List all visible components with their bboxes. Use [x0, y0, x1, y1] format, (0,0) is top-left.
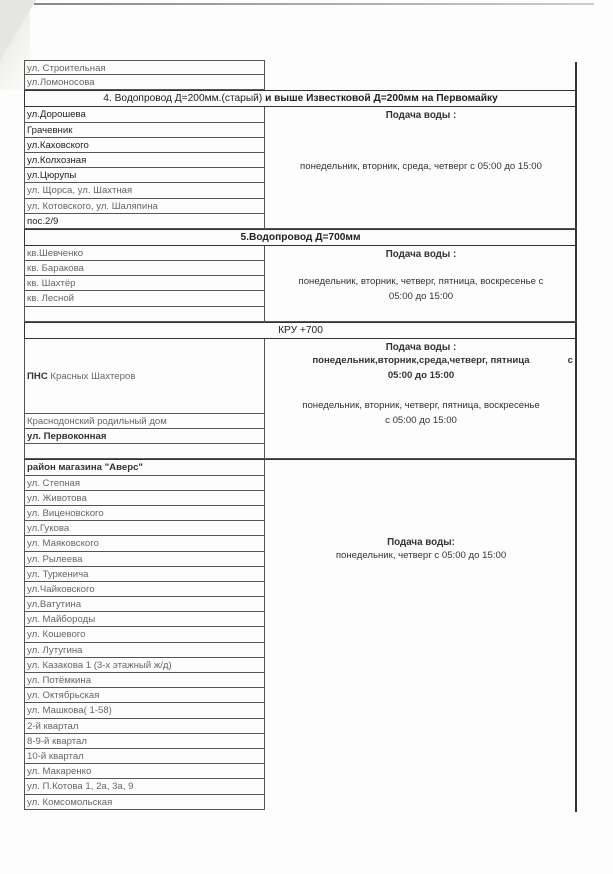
supply-schedule: понедельник, четверг с 05:00 до 15:00 [265, 548, 577, 563]
supply-label: Подача воды : [265, 342, 577, 353]
street-row: кв. Лесной [24, 291, 265, 306]
continued-block: ул. Строительная ул.Ломоносова [24, 60, 577, 90]
supply-label: Подача воды : [265, 249, 577, 260]
schedule-a-days: понедельник,вторник,среда,четверг, пятни… [312, 355, 529, 366]
section-title: 4. Водопровод Д=200мм.(старый) [103, 93, 262, 104]
schedule-a-tail: с [568, 353, 573, 368]
street-row: ул. Строительная [24, 60, 265, 75]
street-row: ул. Котовского, ул. Шаляпина [24, 199, 265, 214]
scanned-page: ул. Строительная ул.Ломоносова 4. Водопр… [0, 0, 613, 874]
street-list: район магазина "Аверс" ул. Степная ул. Ж… [24, 460, 265, 809]
street-row: ул. Майбороды [24, 612, 265, 627]
pns-name: Красных Шахтеров [48, 371, 136, 382]
schedule-cell: Подача воды: понедельник, четверг с 05:0… [265, 460, 577, 809]
street-row: ул.Каховского [24, 138, 265, 153]
section-title: КРУ +700 [278, 325, 323, 336]
supply-schedule-a-line1: понедельник,вторник,среда,четверг, пятни… [265, 353, 577, 368]
street-list: ул. Строительная ул.Ломоносова [24, 60, 265, 90]
pns-prefix: ПНС [27, 371, 48, 382]
supply-schedule-line2: 05:00 до 15:00 [265, 289, 577, 304]
street-row: ул. Первоконная [24, 429, 265, 444]
street-row: кв.Шевченко [24, 246, 265, 261]
scan-edge [34, 3, 594, 5]
supply-schedule-line1: понедельник, вторник, четверг, пятница, … [265, 274, 577, 289]
street-row: кв. Баракова [24, 261, 265, 276]
street-row: ул. Машкова( 1-58) [24, 703, 265, 718]
street-row: ул. Лутугина [24, 643, 265, 658]
street-row: район магазина "Аверс" [24, 460, 265, 475]
supply-label: Подача воды : [265, 110, 577, 121]
street-list: ул.Дорошева Грачевник ул.Каховского ул.К… [24, 107, 265, 229]
street-row: пос.2/9 [24, 214, 265, 229]
schedule-cell: Подача воды : понедельник,вторник,среда,… [265, 339, 577, 460]
section-avers-body: район магазина "Аверс" ул. Степная ул. Ж… [24, 459, 577, 809]
section-title-bold: 5.Водопровод Д=700мм [240, 232, 360, 243]
street-row: ул.Гукова [24, 521, 265, 536]
section-4-header: 4. Водопровод Д=200мм.(старый) и выше Из… [24, 90, 577, 106]
section-title-bold: и выше Известковой Д=200мм на Первомайку [262, 93, 498, 104]
schedule-cell [265, 60, 577, 90]
street-row: ул.Дорошева [24, 107, 265, 122]
street-row: Грачевник [24, 123, 265, 138]
street-row: ул. Щорса, ул. Шахтная [24, 183, 265, 198]
street-row: ул.Чайковского [24, 582, 265, 597]
schedule-cell: Подача воды : понедельник, вторник, четв… [265, 246, 577, 322]
street-row: ул. Потёмкина [24, 673, 265, 688]
street-row: ул.Ватутина [24, 597, 265, 612]
section-kru-body: ПНС Красных Шахтеров Краснодонский родил… [24, 338, 577, 460]
section-kru-header: КРУ +700 [24, 322, 577, 338]
supply-schedule: понедельник, вторник, среда, четверг с 0… [265, 159, 577, 174]
street-row: ул.Цюрупы [24, 168, 265, 183]
street-row: кв. Шахтёр [24, 276, 265, 291]
street-row: ул. Маяковского [24, 536, 265, 551]
supply-schedule-b-line1: понедельник, вторник, четверг, пятница, … [265, 398, 577, 413]
supply-schedule-b-line2: с 05:00 до 15:00 [265, 413, 577, 428]
street-list: кв.Шевченко кв. Баракова кв. Шахтёр кв. … [24, 246, 265, 322]
street-row: ул. Рылеева [24, 552, 265, 567]
street-row: ул. Казакова 1 (3-х этажный ж/д) [24, 658, 265, 673]
section-5-body: кв.Шевченко кв. Баракова кв. Шахтёр кв. … [24, 245, 577, 322]
street-row: ул. Октябрьская [24, 688, 265, 703]
street-row [24, 307, 265, 322]
folded-corner [0, 0, 36, 60]
street-row: ул. Кошевого [24, 627, 265, 642]
street-row: 10-й квартал [24, 749, 265, 764]
street-row: ул. Комсомольская [24, 795, 265, 810]
street-row: Краснодонский родильный дом [24, 414, 265, 429]
street-row: 8-9-й квартал [24, 734, 265, 749]
street-row: ул.Ломоносова [24, 75, 265, 90]
street-list: ПНС Красных Шахтеров Краснодонский родил… [24, 339, 265, 460]
section-5-header: 5.Водопровод Д=700мм [24, 229, 577, 245]
street-row: ул.Колхозная [24, 153, 265, 168]
street-row: ул. Макаренко [24, 764, 265, 779]
street-row: ул. Животова [24, 491, 265, 506]
water-supply-table: ул. Строительная ул.Ломоносова 4. Водопр… [24, 60, 577, 810]
street-row: 2-й квартал [24, 719, 265, 734]
street-row: ул. Туркенича [24, 567, 265, 582]
supply-label: Подача воды: [265, 537, 577, 548]
street-row: ПНС Красных Шахтеров [24, 339, 265, 414]
schedule-cell: Подача воды : понедельник, вторник, сред… [265, 107, 577, 229]
supply-schedule-a-line2: 05:00 до 15:00 [265, 368, 577, 383]
street-row [24, 444, 265, 459]
street-row: ул. Виценовского [24, 506, 265, 521]
section-4-body: ул.Дорошева Грачевник ул.Каховского ул.К… [24, 106, 577, 229]
street-row: ул. Степная [24, 476, 265, 491]
street-row: ул. П.Котова 1, 2а, 3а, 9 [24, 779, 265, 794]
